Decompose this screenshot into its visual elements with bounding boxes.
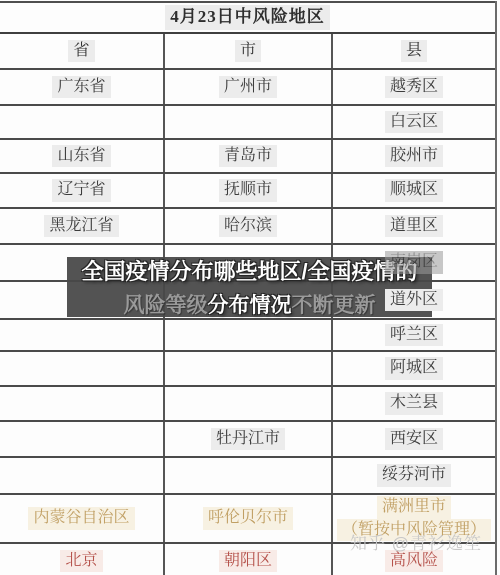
table-row: 绥芬河市: [0, 458, 495, 495]
cell-province: 内蒙谷自治区: [0, 495, 165, 542]
cell-province: [0, 387, 165, 420]
cell-county: 道里区: [333, 209, 495, 243]
cell-province: 广东省: [0, 70, 165, 104]
cell-county: 顺城区: [333, 174, 495, 207]
cell-province: [0, 320, 165, 350]
cell-city: 青岛市: [165, 140, 333, 172]
banner-risk-level-text: 风险等级: [124, 294, 208, 317]
table-row: 辽宁省 抚顺市 顺城区: [0, 174, 495, 209]
cell-city: 朝阳区: [165, 544, 333, 575]
table-row: 牡丹江市 西安区: [0, 422, 495, 458]
cell-county: 白云区: [333, 106, 495, 138]
cell-province: [0, 352, 165, 385]
table-header-row: 省 市 县: [0, 34, 495, 70]
zhihu-watermark: 知乎 @青衫逸笙: [350, 529, 482, 554]
table-row: 广东省 广州市 越秀区: [0, 70, 495, 106]
table-row: 山东省 青岛市 胶州市: [0, 140, 495, 174]
table-row: 呼兰区: [0, 320, 495, 352]
table-row: 木兰县: [0, 387, 495, 422]
cell-province: [0, 106, 165, 138]
cell-county: 阿城区: [333, 352, 495, 385]
banner-distribution-text: 分布情况: [208, 294, 292, 317]
table-row: 阿城区: [0, 352, 495, 387]
table-row: 白云区: [0, 106, 495, 140]
cell-city: [165, 458, 333, 493]
table-row: 黑龙江省 哈尔滨 道里区: [0, 209, 495, 245]
cell-city: [165, 387, 333, 420]
cell-city: [165, 352, 333, 385]
county-line1: 满洲里市: [377, 496, 451, 519]
cell-province: [0, 458, 165, 493]
cell-county: 呼兰区: [333, 320, 495, 350]
page-title: 4月23日中风险地区: [0, 1, 495, 34]
cell-county: 木兰县: [333, 387, 495, 420]
cell-city: [165, 106, 333, 138]
cell-city: 哈尔滨: [165, 209, 333, 243]
cell-province: 辽宁省: [0, 174, 165, 207]
cell-county: 绥芬河市: [333, 458, 495, 493]
cell-city: 呼伦贝尔市: [165, 495, 333, 542]
cell-county: 西安区: [333, 422, 495, 456]
cell-province: [0, 422, 165, 456]
cell-county: 胶州市: [333, 140, 495, 172]
cell-county: 越秀区: [333, 70, 495, 104]
table-title-text: 4月23日中风险地区: [165, 5, 330, 29]
cell-city: 广州市: [165, 70, 333, 104]
cell-city: 抚顺市: [165, 174, 333, 207]
cell-province: 黑龙江省: [0, 209, 165, 243]
col-header-county: 县: [333, 34, 495, 68]
col-header-city: 市: [165, 34, 333, 68]
cell-city: 牡丹江市: [165, 422, 333, 456]
cell-county: 道外区: [333, 282, 495, 318]
cell-city: [165, 320, 333, 350]
cell-province: 山东省: [0, 140, 165, 172]
cell-province: 北京: [0, 544, 165, 575]
cell-county: 南岗区: [333, 245, 495, 280]
col-header-province: 省: [0, 34, 165, 68]
